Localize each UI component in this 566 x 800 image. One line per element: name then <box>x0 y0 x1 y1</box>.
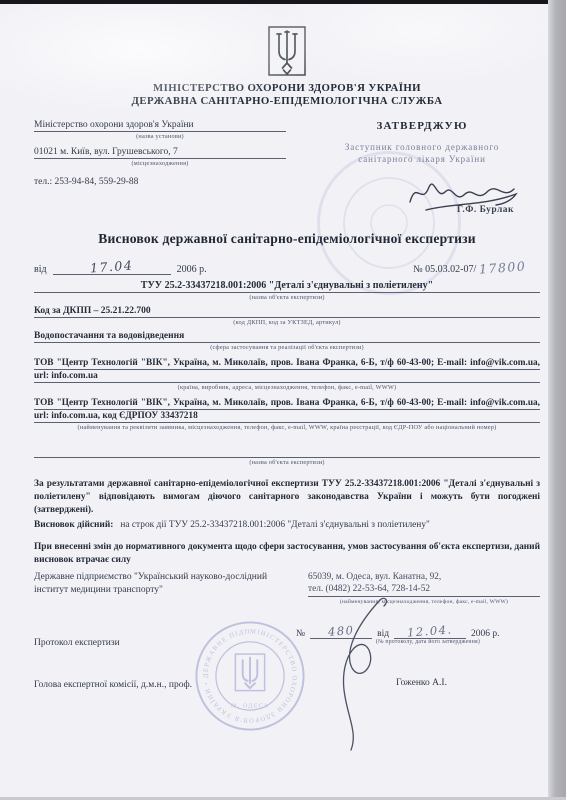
empty-object-caption: (назва об'єкта експертизи) <box>34 459 540 467</box>
chairman-name: Гоженко А.І. <box>396 678 447 688</box>
issuer-name: Міністерство охорони здоров'я України <box>34 120 286 132</box>
institute-row: Державне підприємство "Український науко… <box>34 571 540 606</box>
manufacturer-caption: (країна, виробник, адреса, місцезнаходже… <box>34 384 540 392</box>
expertise-object-caption: (назва об'єкта експертизи) <box>34 294 540 302</box>
document-scan: МІНІСТЕРСТВО ОХОРОНИ ЗДОРОВ'Я УКРАЇНИ ДЕ… <box>0 0 566 800</box>
institute-name: Державне підприємство "Український науко… <box>34 571 296 606</box>
number-handwritten: 17800 <box>478 258 526 276</box>
date-from-label: від <box>34 264 47 275</box>
approval-block: ЗАТВЕРДЖУЮ Заступник головного державног… <box>286 120 540 215</box>
application-scope-caption: (сфера застосування та реалізації об'єкт… <box>34 344 540 352</box>
stamp-city-text: М. ОДЕСА <box>231 704 269 710</box>
chairman-signature-icon <box>322 594 402 754</box>
dkpp-code-caption: (код ДКПП, код за УКТЗЕД, артикул) <box>34 319 540 327</box>
issuer-block: Міністерство охорони здоров'я України (н… <box>34 120 286 215</box>
applicant-details: ТОВ "Центр Технологій "ВІК", Україна, м.… <box>34 397 540 423</box>
protocol-year: 2006 р. <box>471 629 500 639</box>
expertise-result: За результатами державної санітарно-епід… <box>34 478 540 517</box>
date-field: 17.04 <box>53 259 171 275</box>
empty-object-line <box>34 444 540 458</box>
chairman-label: Голова експертної комісії, д.м.н., проф. <box>34 680 192 690</box>
document-title: Висновок державної санітарно-епідеміолог… <box>34 231 540 247</box>
faint-stamp-icon <box>314 148 464 298</box>
issuer-approval-row: Міністерство охорони здоров'я України (н… <box>34 120 540 215</box>
protocol-date-field: 12.04. <box>394 624 466 639</box>
protocol-date-handwritten: 12.04. <box>407 622 453 639</box>
certificate-page: МІНІСТЕРСТВО ОХОРОНИ ЗДОРОВ'Я УКРАЇНИ ДЕ… <box>0 0 548 798</box>
validity-label: Висновок дійсний: <box>34 520 113 530</box>
expertise-object-name: ТУУ 25.2-33437218.001:2006 "Деталі з'єдн… <box>34 280 540 293</box>
issuer-phone: тел.: 253-94-84, 559-29-88 <box>34 177 286 187</box>
application-scope: Водопостачання та водовідведення <box>34 331 540 343</box>
validity-row: Висновок дійсний: на строк дії ТУУ 25.2-… <box>34 520 540 530</box>
service-name: ДЕРЖАВНА САНІТАРНО-ЕПІДЕМІОЛОГІЧНА СЛУЖБ… <box>34 95 540 108</box>
applicant-caption: (найменування та реквізити заявника, міс… <box>54 424 520 432</box>
institute-address-line1: 65039, м. Одеса, вул. Канатна, 92, <box>308 571 540 583</box>
institute-round-stamp-icon: МІНІСТЕРСТВО ОХОРОНИ ЗДОРОВ'Я УКРАЇНИ • … <box>194 620 306 732</box>
signature-zone: № 480 від 12.04. 2006 р. (№ протоколу, д… <box>34 608 540 798</box>
dkpp-code: Код за ДКПП – 25.21.22.700 <box>34 306 540 318</box>
date-handwritten: 17.04 <box>89 258 133 276</box>
date-year: 2006 р. <box>177 264 207 275</box>
scan-edge-top <box>0 0 566 4</box>
document-meta-row: від 17.04 2006 р. № 05.03.02-07/ 17800 <box>34 259 540 275</box>
ministry-name: МІНІСТЕРСТВО ОХОРОНИ ЗДОРОВ'Я УКРАЇНИ <box>34 82 540 95</box>
ukraine-trident-emblem-icon <box>268 26 306 76</box>
protocol-label: Протокол експертизи <box>34 638 120 648</box>
scan-edge-right <box>548 0 566 800</box>
issuer-address: 01021 м. Київ, вул. Грушевського, 7 <box>34 147 286 159</box>
issuer-name-caption: (назва установи) <box>34 133 286 141</box>
amendment-clause: При внесенні змін до нормативного докуме… <box>34 541 540 567</box>
approve-label: ЗАТВЕРДЖУЮ <box>304 120 540 132</box>
approver-signature-icon <box>396 172 526 220</box>
manufacturer-details: ТОВ "Центр Технологій "ВІК", Україна, м.… <box>34 357 540 383</box>
validity-text: на строк дії ТУУ 25.2-33437218.001:2006 … <box>120 520 429 530</box>
issuer-address-caption: (місцезнаходження) <box>34 160 286 168</box>
